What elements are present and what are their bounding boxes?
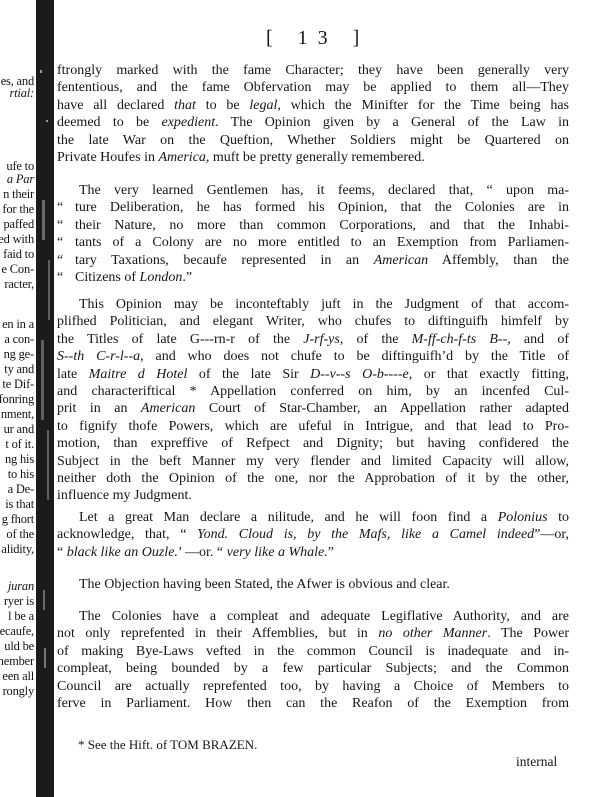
text-line: ferve in Parliament. How then can the Re…: [57, 695, 569, 712]
text-run: , or that exactly fitting,: [409, 367, 569, 382]
text-run: . The Power: [487, 626, 569, 641]
text-run: , muft be pretty generally remembered.: [206, 150, 425, 165]
italic-run: J-rf-ys: [303, 332, 340, 347]
text-run: . The Opinion given by a General of the …: [215, 115, 569, 130]
italic-run: no other Manner: [378, 626, 487, 641]
paragraph-4: Let a great Man declare a nilitude, and …: [57, 509, 569, 561]
text-run: nilitude, and he will foon find a: [268, 510, 498, 525]
adjacent-page-text: ng his: [5, 453, 34, 466]
text-line: The Objection having been Stated, the Af…: [57, 576, 569, 593]
adjacent-page-text: alidity,: [1, 543, 34, 556]
adjacent-page-text: a Par: [7, 173, 34, 186]
text-line: plifhed Politician, and elegant Writer, …: [57, 313, 569, 330]
catchword: internal: [516, 754, 557, 770]
paragraph-1: ftrongly marked with the fame Character;…: [57, 62, 569, 166]
footnote: * See the Hift. of TOM BRAZEN.: [78, 737, 257, 753]
text-line: Let a great Man declare a nilitude, and …: [57, 509, 569, 526]
adjacent-page-text: paffed: [4, 218, 35, 231]
text-line: The Colonies have a compleat and adequat…: [57, 608, 569, 625]
text-run: to be: [196, 98, 249, 113]
italic-run: S--th C-r-l--a: [57, 349, 140, 364]
italic-run: that: [174, 98, 196, 113]
scan-speck: [43, 590, 45, 610]
adjacent-page-text: ed with: [0, 233, 34, 246]
text-run: Affembly, than the: [428, 253, 569, 268]
text-run: ”—or,: [534, 527, 569, 542]
adjacent-page-text: een all: [2, 670, 34, 683]
text-line: fententious, and the fame Obfervation ma…: [57, 79, 569, 96]
text-line: acknowledge, that, “ Yond. Cloud is, by …: [57, 526, 569, 543]
scan-speck: [48, 260, 50, 320]
quote-mark: “: [57, 269, 75, 286]
text-line: “their Nature, no more than common Corpo…: [57, 217, 569, 234]
text-line: compleat, being bounded by a few particu…: [57, 660, 569, 677]
adjacent-page-text: ty and: [4, 363, 34, 376]
adjacent-page-text: n their: [3, 188, 34, 201]
text-line: not only reprefented in their Affemblies…: [57, 625, 569, 642]
italic-run: D--v--s O-b----e: [310, 367, 409, 382]
text-line: “tary Taxations, becaufe represented in …: [57, 252, 569, 269]
quote-mark: “: [57, 252, 75, 269]
italic-run: black like an Ouzle.: [67, 545, 178, 560]
text-run: Citizens of: [75, 270, 140, 285]
text-run: ture Deliberation, he has formed his Opi…: [75, 200, 569, 215]
text-run: the Titles of late G---rn-r of the: [57, 332, 303, 347]
text-line: prit in an American Court of Star-Chambe…: [57, 400, 569, 417]
adjacent-page-text: racter,: [4, 278, 34, 291]
text-line: Council are actually reprefented too, by…: [57, 678, 569, 695]
text-line: Private Houfes in America, muft be prett…: [57, 149, 569, 166]
text-line: of making Bye-Laws vefted in the common …: [57, 643, 569, 660]
text-line: the Titles of late G---rn-r of the J-rf-…: [57, 331, 569, 348]
text-run: acknowledge, that, “: [57, 527, 197, 542]
text-line: This Opinion may be inconteftably juft i…: [57, 296, 569, 313]
text-run: .”: [182, 270, 192, 285]
text-run: of the late Sir: [187, 367, 310, 382]
adjacent-page-fragment: es, andrtial:ufe toa Parn theirfor thepa…: [0, 0, 36, 797]
paragraph-5: The Objection having been Stated, the Af…: [57, 576, 569, 593]
text-run: tary Taxations, becaufe represented in a…: [75, 253, 374, 268]
adjacent-page-text: faid to: [3, 248, 34, 261]
text-line: “ture Deliberation, he has formed his Op…: [57, 199, 569, 216]
text-run: , of the: [340, 332, 412, 347]
adjacent-page-text: g fhort: [2, 513, 34, 526]
book-page: [ 13 ] ftrongly marked with the fame Cha…: [54, 0, 600, 797]
text-run: Let a great Man declare a: [79, 510, 268, 525]
text-line: late Maitre d Hotel of the late Sir D--v…: [57, 366, 569, 383]
italic-run: expedient: [161, 115, 215, 130]
scan-speck: [44, 648, 46, 668]
adjacent-page-text: to his: [8, 468, 34, 481]
text-run: not only reprefented in their Affemblies…: [57, 626, 378, 641]
italic-run: very like a Whale.: [227, 545, 328, 560]
paragraph-6: The Colonies have a compleat and adequat…: [57, 608, 569, 712]
adjacent-page-text: a De-: [8, 483, 34, 496]
paragraph-3: This Opinion may be inconteftably juft i…: [57, 296, 569, 505]
italic-run: London: [140, 270, 183, 285]
text-line: deemed to be expedient. The Opinion give…: [57, 114, 569, 131]
scan-speck: [41, 340, 44, 420]
book-gutter: [36, 0, 54, 797]
text-line: to fignify thofe Powers, which are ufefu…: [57, 418, 569, 435]
italic-run: America: [158, 150, 205, 165]
text-run: , which the Minifter for the Time being …: [277, 98, 569, 113]
adjacent-page-text: juran: [8, 580, 34, 593]
scan-speck: [47, 430, 49, 500]
text-line: S--th C-r-l--a, and who does not chufe t…: [57, 348, 569, 365]
text-line: have all declared that to be legal, whic…: [57, 97, 569, 114]
adjacent-page-text: is that: [5, 498, 34, 511]
text-run: to: [548, 510, 569, 525]
text-line: ftrongly marked with the fame Character;…: [57, 62, 569, 79]
adjacent-page-text: te Dif-: [2, 378, 34, 391]
text-run: late: [57, 367, 89, 382]
text-run: Private Houfes in: [57, 150, 158, 165]
scan-speck: [42, 200, 45, 240]
adjacent-page-text: uld be: [4, 640, 34, 653]
italic-run: M-ff-ch-f-ts B--: [412, 332, 508, 347]
text-line: The very learned Gentlemen has, it feems…: [57, 182, 569, 199]
text-run: deemed to be: [57, 115, 161, 130]
text-run: prit in an: [57, 401, 141, 416]
text-line: Subject in the beft Manner my very flend…: [57, 453, 569, 470]
adjacent-page-text: rongly: [3, 685, 34, 698]
adjacent-page-text: fonring: [0, 393, 34, 406]
text-run: their Nature, no more than common Corpor…: [75, 218, 569, 233]
italic-run: American: [141, 401, 195, 416]
adjacent-page-text: t of it.: [5, 438, 34, 451]
text-run: “: [57, 545, 67, 560]
adjacent-page-text: ur and: [4, 423, 34, 436]
text-line: “Citizens of London.”: [57, 269, 569, 286]
paragraph-2: The very learned Gentlemen has, it feems…: [57, 182, 569, 286]
scan-speck: [46, 120, 48, 122]
italic-run: Polonius: [498, 510, 548, 525]
italic-run: Maitre d Hotel: [89, 367, 188, 382]
adjacent-page-text: a con-: [4, 333, 34, 346]
text-run: have all declared: [57, 98, 174, 113]
adjacent-page-text: ecaufe,: [0, 625, 34, 638]
text-line: motion, than expreffive of Refpect and D…: [57, 435, 569, 452]
adjacent-page-text: ryer is: [4, 595, 34, 608]
page-number: [ 13 ]: [266, 27, 369, 50]
text-line: “ black like an Ouzle.’ —or. “ very like…: [57, 544, 569, 561]
adjacent-page-text: member: [0, 655, 34, 668]
text-run: Court of Star-Chamber, an Appellation ra…: [195, 401, 569, 416]
text-line: influence my Judgment.: [57, 487, 569, 504]
text-line: and characteriftical * Appellation confe…: [57, 383, 569, 400]
quote-mark: “: [57, 234, 75, 251]
text-run: ’ —or. “: [178, 545, 227, 560]
quote-mark: “: [57, 199, 75, 216]
quote-mark: “: [57, 217, 75, 234]
text-line: the late War on the Queftion, Whether So…: [57, 132, 569, 149]
italic-run: Yond. Cloud is, by the Mafs, like a Came…: [197, 527, 534, 542]
text-run: , and who does not chufe to be diftingui…: [140, 349, 569, 364]
scan-speck: [40, 70, 42, 73]
adjacent-page-text: en in a: [2, 318, 34, 331]
adjacent-page-text: l be a: [8, 610, 34, 623]
adjacent-page-text: e Con-: [2, 263, 34, 276]
text-line: “tants of a Colony are no more entitled …: [57, 234, 569, 251]
adjacent-page-text: nment,: [1, 408, 34, 421]
italic-run: legal: [249, 98, 277, 113]
adjacent-page-text: rtial:: [10, 87, 35, 100]
text-run: , and of: [507, 332, 569, 347]
adjacent-page-text: for the: [2, 203, 34, 216]
text-run: ”: [328, 545, 334, 560]
text-line: neither doth the Opinion of the one, nor…: [57, 470, 569, 487]
adjacent-page-text: ng ge-: [4, 348, 34, 361]
adjacent-page-text: of the: [6, 528, 34, 541]
italic-run: American: [374, 253, 428, 268]
text-run: tants of a Colony are no more entitled t…: [75, 235, 569, 250]
